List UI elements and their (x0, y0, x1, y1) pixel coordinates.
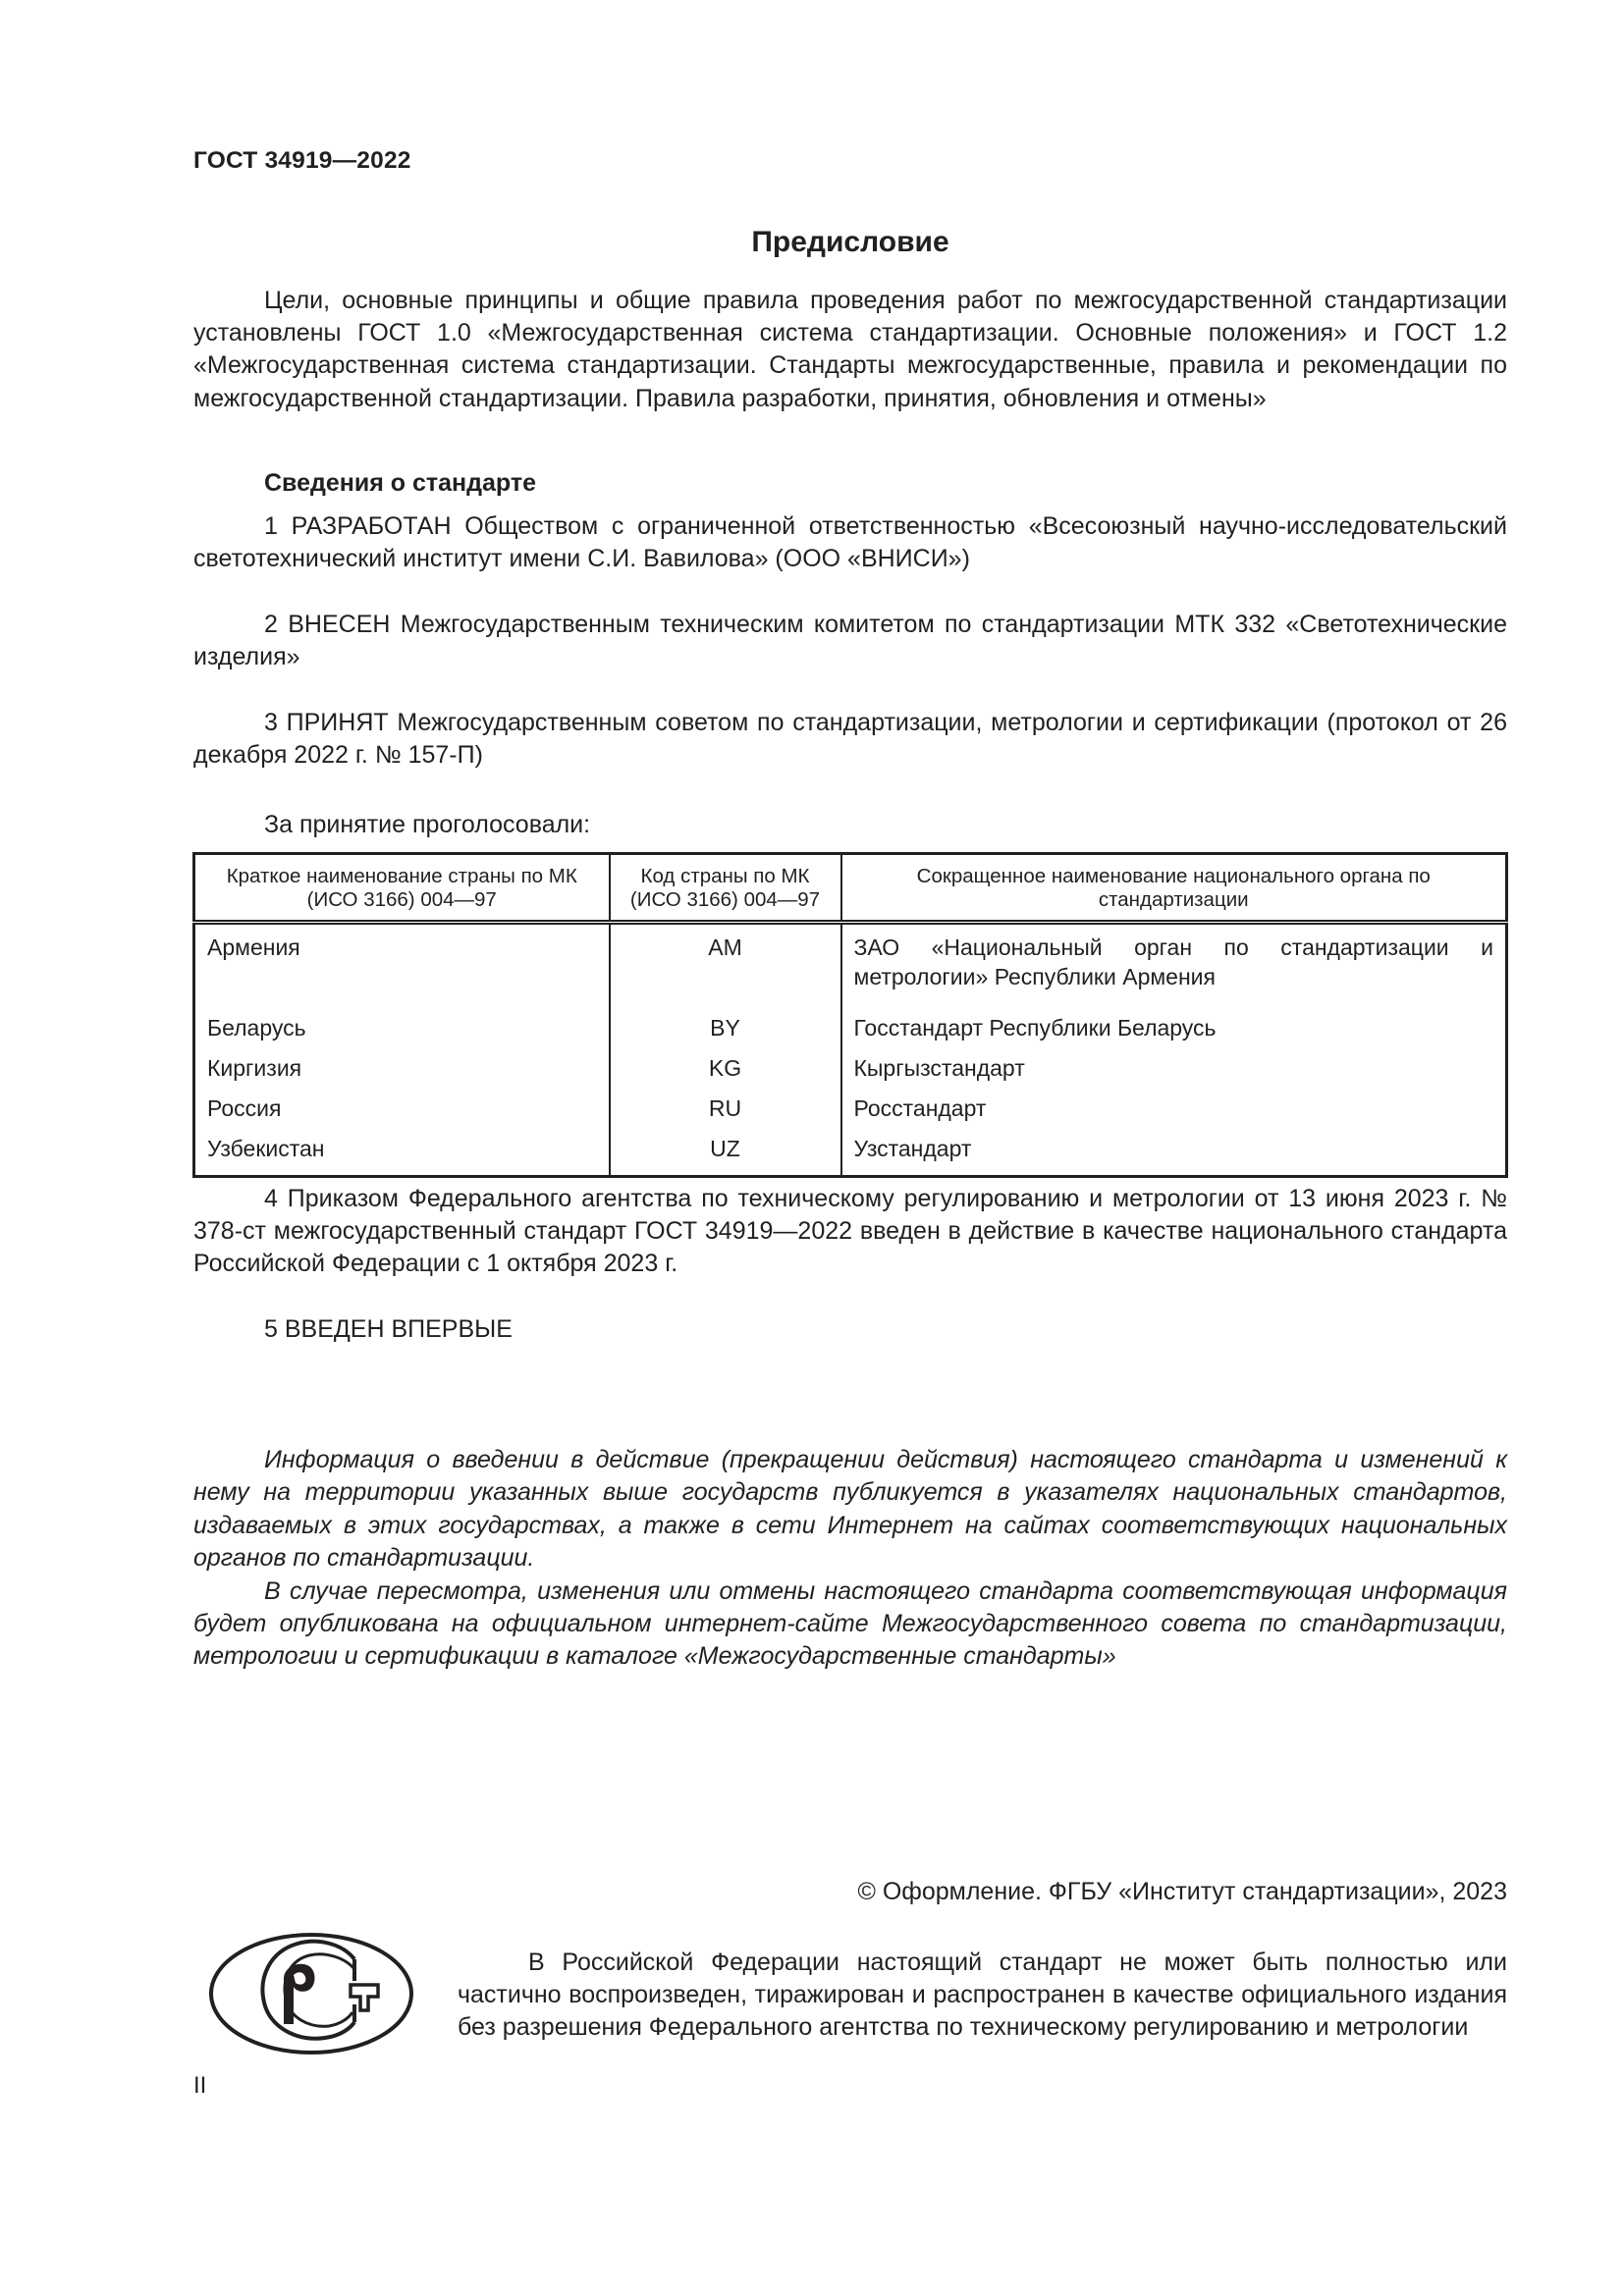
copyright-notice: В Российской Федерации настоящий стандар… (458, 1947, 1507, 2045)
table-row: Беларусь BY Госстандарт Республики Белар… (194, 1013, 1507, 1053)
info-notes: Информация о введении в действие (прекра… (193, 1444, 1507, 1674)
item-4-text: 4 Приказом Федерального агентства по тех… (193, 1183, 1507, 1281)
rst-certification-mark-icon (207, 1930, 415, 2057)
standard-info-item-3: 3 ПРИНЯТ Межгосударственным советом по с… (193, 707, 1507, 772)
cell-code: KG (610, 1053, 841, 1094)
table-row: Киргизия KG Кыргызстандарт (194, 1053, 1507, 1094)
column-header-body: Сокращенное наименование национального о… (841, 854, 1507, 923)
cell-body: Росстандарт (841, 1094, 1507, 1134)
cell-code: AM (610, 923, 841, 1013)
cell-country: Киргизия (194, 1053, 610, 1094)
item-text: 2 ВНЕСЕН Межгосударственным техническим … (193, 609, 1507, 673)
cell-country: Армения (194, 923, 610, 1013)
cell-body: Узстандарт (841, 1134, 1507, 1177)
cell-body: Кыргызстандарт (841, 1053, 1507, 1094)
info-note-publication: Информация о введении в действие (прекра… (193, 1444, 1507, 1575)
vote-label: За принятие проголосовали: (264, 811, 590, 839)
table-row: Узбекистан UZ Узстандарт (194, 1134, 1507, 1177)
page-number: II (193, 2072, 206, 2100)
column-header-country: Краткое наименование страны по МК (ИСО 3… (194, 854, 610, 923)
table-row: Армения AM ЗАО «Национальный орган по ст… (194, 923, 1507, 1013)
cell-country: Узбекистан (194, 1134, 610, 1177)
standard-info-heading: Сведения о стандарте (264, 469, 536, 498)
info-note-revision: В случае пересмотра, изменения или отмен… (193, 1575, 1507, 1674)
item-text: 3 ПРИНЯТ Межгосударственным советом по с… (193, 707, 1507, 772)
cell-country: Беларусь (194, 1013, 610, 1053)
copyright-line: © Оформление. ФГБУ «Институт стандартиза… (857, 1878, 1507, 1906)
document-page: ГОСТ 34919—2022 Предисловие Цели, основн… (0, 0, 1624, 2296)
table-header-row: Краткое наименование страны по МК (ИСО 3… (194, 854, 1507, 923)
table-row: Россия RU Росстандарт (194, 1094, 1507, 1134)
item-4-section: 4 Приказом Федерального агентства по тех… (193, 1183, 1507, 1281)
intro-section: Цели, основные принципы и общие правила … (193, 285, 1507, 415)
cell-body: ЗАО «Национальный орган по стандартизаци… (841, 923, 1507, 1013)
notice-text: В Российской Федерации настоящий стандар… (458, 1947, 1507, 2045)
page-title: Предисловие (193, 226, 1507, 259)
vote-table: Краткое наименование страны по МК (ИСО 3… (192, 852, 1508, 1178)
cell-code: UZ (610, 1134, 841, 1177)
document-code: ГОСТ 34919—2022 (193, 147, 411, 175)
standard-info-item-1: 1 РАЗРАБОТАН Обществом с ограниченной от… (193, 510, 1507, 575)
item-5-text: 5 ВВЕДЕН ВПЕРВЫЕ (264, 1315, 513, 1344)
cell-body: Госстандарт Республики Беларусь (841, 1013, 1507, 1053)
intro-paragraph: Цели, основные принципы и общие правила … (193, 285, 1507, 415)
standard-info-item-2: 2 ВНЕСЕН Межгосударственным техническим … (193, 609, 1507, 673)
column-header-code: Код страны по МК (ИСО 3166) 004—97 (610, 854, 841, 923)
cell-code: RU (610, 1094, 841, 1134)
cell-country: Россия (194, 1094, 610, 1134)
cell-code: BY (610, 1013, 841, 1053)
item-text: 1 РАЗРАБОТАН Обществом с ограниченной от… (193, 510, 1507, 575)
